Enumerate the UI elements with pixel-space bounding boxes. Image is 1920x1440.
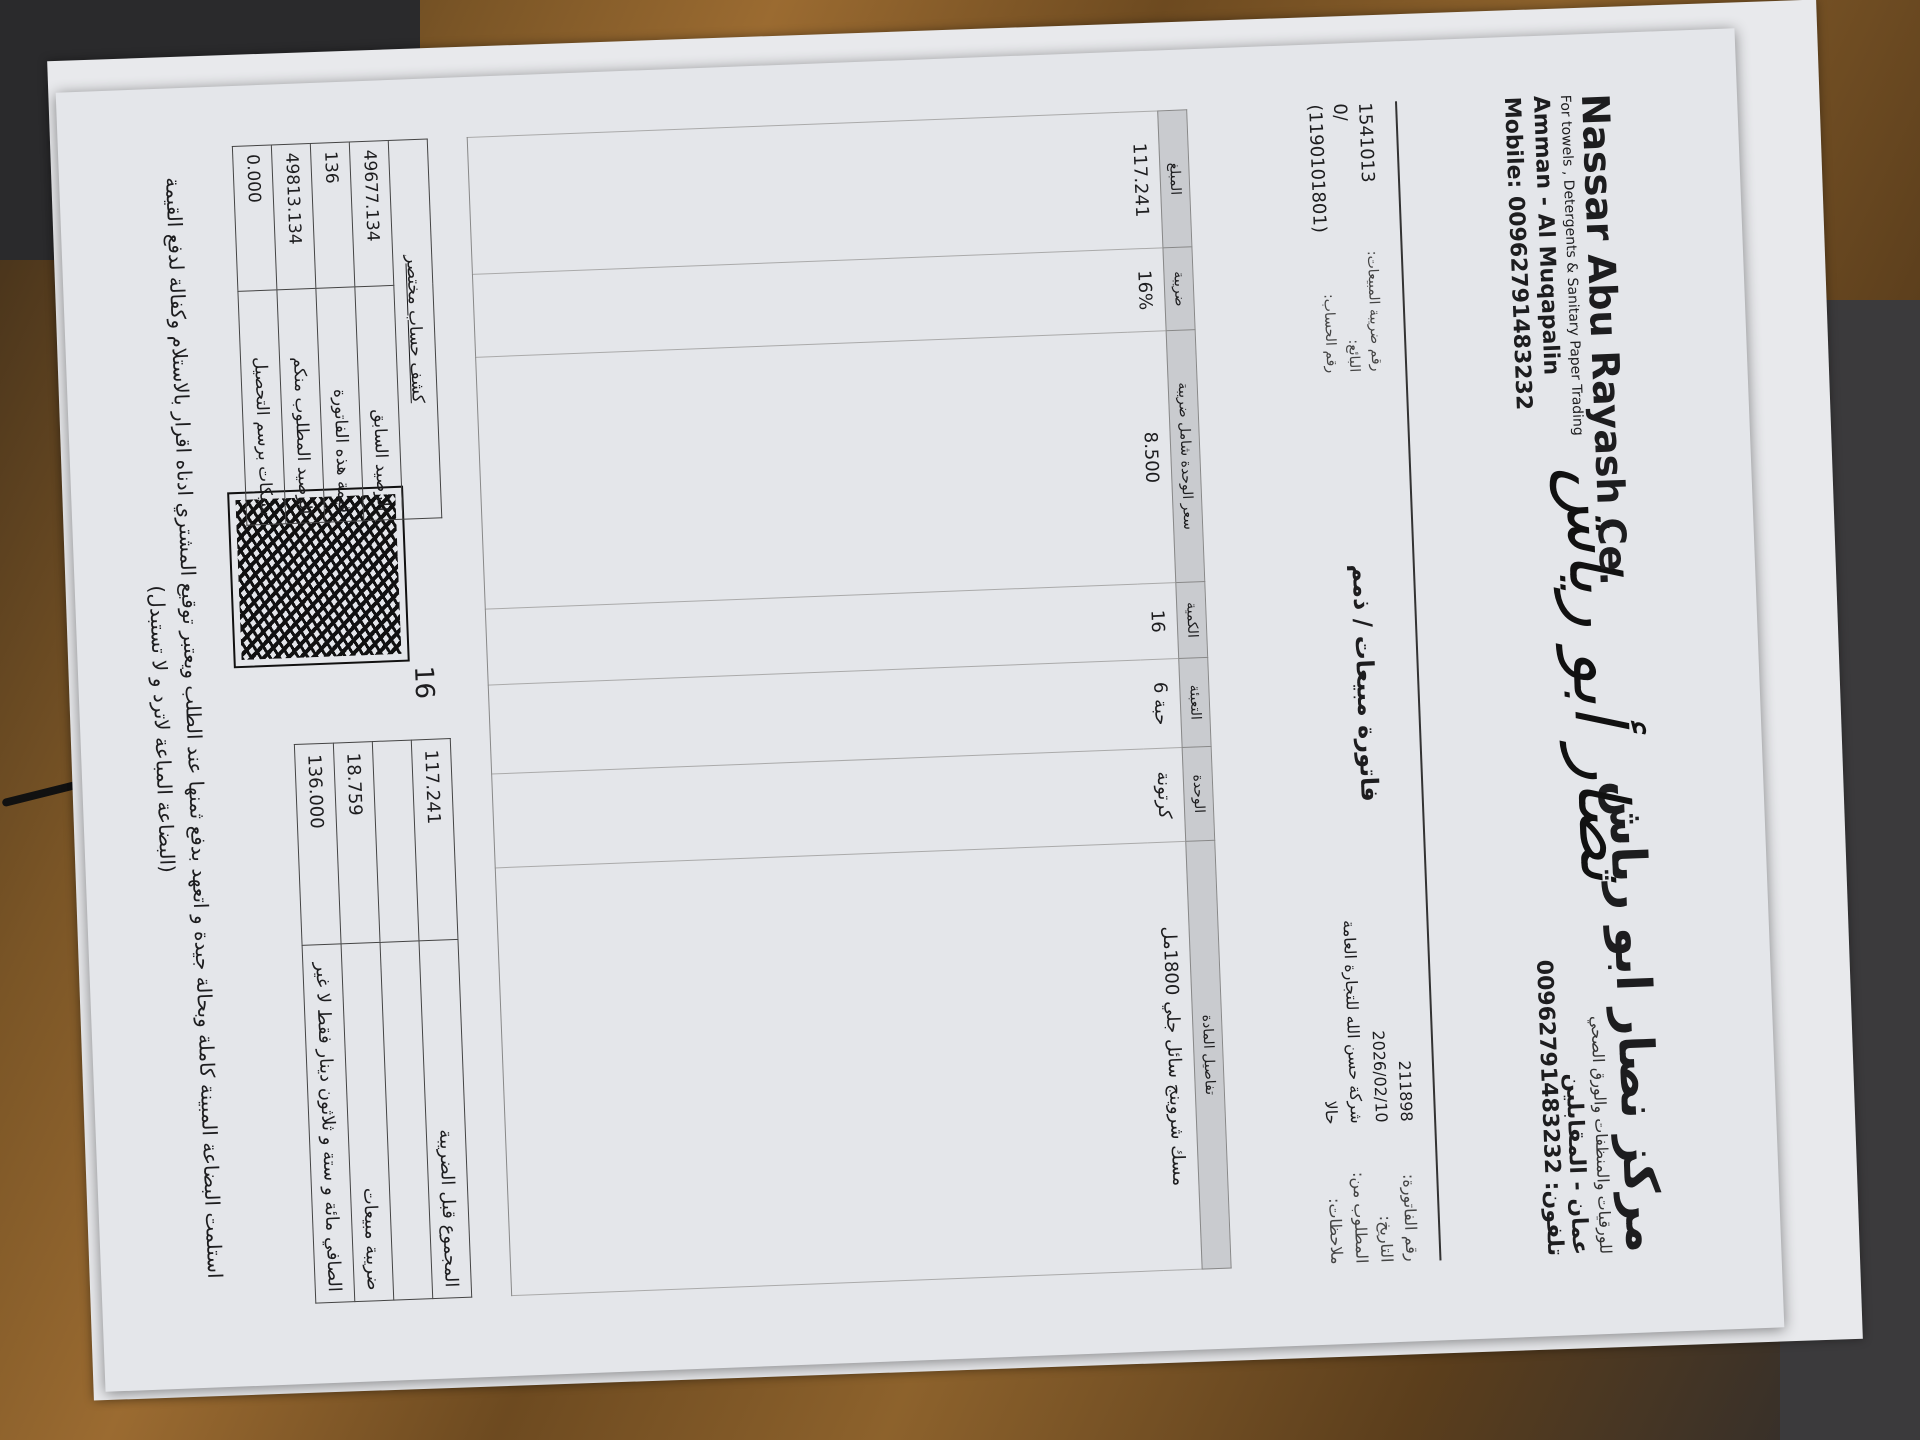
- account-row-value: 49813.134: [271, 143, 316, 289]
- items-table: تفاصيل المادة الوحدة التعبئة الكمية سعر …: [467, 109, 1232, 1296]
- notes-label: ملاحظات:: [1323, 1154, 1346, 1265]
- invoice-title: فاتورة مبيعات / ذمم: [1347, 564, 1384, 803]
- account-number: (1190101801): [1301, 104, 1331, 233]
- tax-number: 1541013: [1352, 102, 1382, 231]
- invoice-header: مركز نصار ابو رياش للورقيات والمنظفات وا…: [1395, 92, 1671, 1260]
- item-quantity: 16: [1137, 582, 1178, 660]
- net-value: 136.000: [294, 743, 341, 945]
- invoice-meta: رقم الفاتورة:211898 التاريخ:2026/02/10 ا…: [1197, 102, 1421, 1268]
- account-row-value: 136: [310, 142, 355, 288]
- invoice-date: 2026/02/10: [1369, 1030, 1392, 1123]
- invoice-date-label: التاريخ:: [1373, 1152, 1396, 1263]
- col-packing: التعبئة: [1179, 658, 1211, 747]
- item-unit: كرتونة: [1144, 747, 1186, 843]
- invoice-number-label: رقم الفاتورة:: [1398, 1151, 1421, 1262]
- item-tax: 16%: [1124, 248, 1166, 332]
- subtotal-value: 117.241: [411, 739, 458, 941]
- col-tax: ضريبة: [1163, 247, 1195, 331]
- invoice: مركز نصار ابو رياش للورقيات والمنظفات وا…: [97, 61, 1703, 1340]
- invoice-page: مركز نصار ابو رياش للورقيات والمنظفات وا…: [56, 28, 1785, 1392]
- tax-info: رقم ضريبة المبيعات: البائع: رقم الحساب: …: [1301, 102, 1387, 374]
- totals-table: المجموع قبل الضريبة 117.241 ضريبة مبيعات…: [294, 738, 472, 1304]
- account-number-label: رقم الحساب:: [1316, 252, 1343, 373]
- invoice-info: رقم الفاتورة:211898 التاريخ:2026/02/10 ا…: [1308, 918, 1421, 1265]
- table-empty-space: [467, 112, 1164, 1295]
- col-amount: المبلغ: [1158, 110, 1192, 248]
- tax-value: 18.759: [333, 742, 380, 944]
- customer-label: المطلوب من:: [1348, 1153, 1371, 1264]
- quantity-total: 16: [408, 665, 439, 699]
- phone-label-en: Mobile:: [1499, 96, 1527, 188]
- invoice-number: 211898: [1395, 1060, 1416, 1122]
- buyer-signature: اسم وتوقيع المشتري: [111, 1107, 142, 1282]
- account-row-value: 49677.134: [349, 140, 394, 286]
- account-statement: كشف حساب مختصر الرصيد السابق 49677.134 ق…: [232, 138, 442, 525]
- item-amount: 117.241: [1119, 111, 1163, 249]
- phone-label-ar: تلفون:: [1540, 1181, 1568, 1256]
- summary-section: المجموع قبل الضريبة 117.241 ضريبة مبيعات…: [208, 138, 472, 1306]
- phone-value-en: 00962791483232: [1503, 196, 1536, 411]
- item-packing: حبة 6: [1140, 659, 1182, 749]
- seller-signature: اسم وتوقيع البائع: [97, 181, 105, 322]
- col-unit: الوحدة: [1182, 746, 1215, 842]
- tax-number-label: رقم ضريبة المبيعات:: [1360, 250, 1387, 371]
- payment-type: حالا: [1321, 1100, 1341, 1125]
- account-row-value: 0.000: [232, 145, 277, 291]
- customer-name: شركة حسن الله للتجارة العامة: [1339, 920, 1366, 1124]
- col-quantity: الكمية: [1176, 581, 1208, 658]
- company-english-block: Nassar Abu Rayash Ce. For towels , Deter…: [1499, 93, 1636, 590]
